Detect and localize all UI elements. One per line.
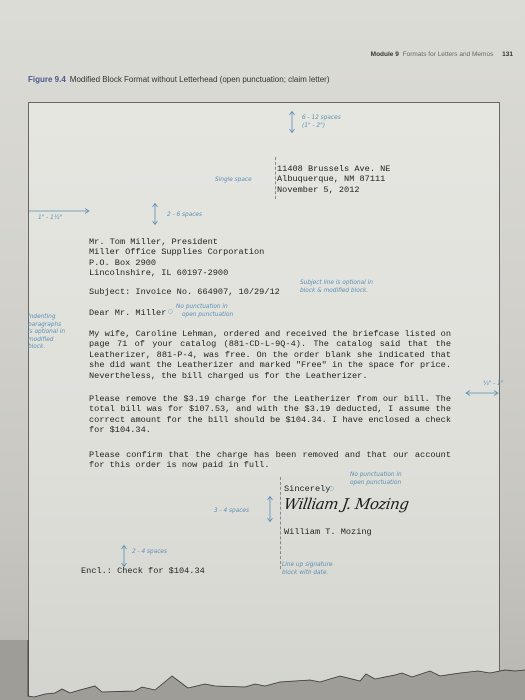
body-paragraph-2: Please remove the $3.19 charge for the L… [89,394,451,436]
lineup-signature-note: Line up signature block with date. [282,562,333,577]
enclosure-spacing-arrow-icon [121,545,127,567]
closing-alignment-guide [280,477,281,569]
body-paragraph-3: Please confirm that the charge has been … [89,450,451,471]
inside-spacing-arrow-icon [152,203,158,225]
signature-spacing-note: 3 - 4 spaces [214,508,249,516]
signer-name: William T. Mozing [284,527,372,537]
left-margin-arrow-icon [29,208,91,214]
handwritten-signature: William J. Mozing [283,495,410,513]
left-margin-note: 1" - 1½" [38,215,62,223]
closing-punct-marker-icon: ○ [329,486,334,494]
signature-spacing-arrow-icon [267,496,273,522]
subject-optional-note: Subject line is optional in block & modi… [300,280,373,295]
recipient-name: Mr. Tom Miller, President [89,237,264,247]
closing-punct-note: No punctuation in open punctuation [350,472,402,487]
single-space-note: Single space [215,177,252,185]
figure-label: Figure 9.4 [28,75,66,84]
return-street: 11408 Brussels Ave. NE [277,164,390,174]
date-alignment-guide [275,157,276,199]
recipient-pobox: P.O. Box 2900 [89,258,264,268]
indent-optional-note: Indenting paragraphs is optional in modi… [28,314,65,352]
enclosure-spacing-note: 2 - 4 spaces [132,549,167,557]
inside-spacing-note: 2 - 6 spaces [167,212,202,220]
torn-edge-decoration [0,640,525,700]
return-city: Albuquerque, NM 87111 [277,174,390,184]
figure-caption: Figure 9.4Modified Block Format without … [28,75,329,84]
letter-date: November 5, 2012 [277,185,390,195]
right-margin-note: ¾" - 1" [483,381,503,389]
right-margin-arrow-icon [466,390,500,396]
module-label: Module 9 [371,51,399,58]
page-number: 131 [502,51,513,58]
enclosure-notation: Encl.: Check for $104.34 [81,566,205,576]
inside-address-block: Mr. Tom Miller, President Miller Office … [89,237,264,279]
salutation-punct-marker-icon: ○ [168,309,173,317]
body-paragraph-1: My wife, Caroline Lehman, ordered and re… [89,329,451,381]
module-title: Formats for Letters and Memos [403,51,494,58]
recipient-city: Lincolnshire, IL 60197-2900 [89,268,264,278]
return-address-block: 11408 Brussels Ave. NE Albuquerque, NM 8… [277,164,390,195]
complimentary-closing: Sincerely [284,484,330,494]
salutation: Dear Mr. Miller [89,308,166,318]
top-spacing-arrow-icon [289,111,295,133]
subject-line: Subject: Invoice No. 664907, 10/29/12 [89,287,280,297]
recipient-company: Miller Office Supplies Corporation [89,247,264,257]
salutation-punct-note: No punctuation in open punctuation [176,304,233,319]
page-header: Module 9 Formats for Letters and Memos 1… [371,51,513,58]
figure-title: Modified Block Format without Letterhead… [70,75,330,84]
top-spacing-note: 6 - 12 spaces (1" - 2") [302,115,341,130]
